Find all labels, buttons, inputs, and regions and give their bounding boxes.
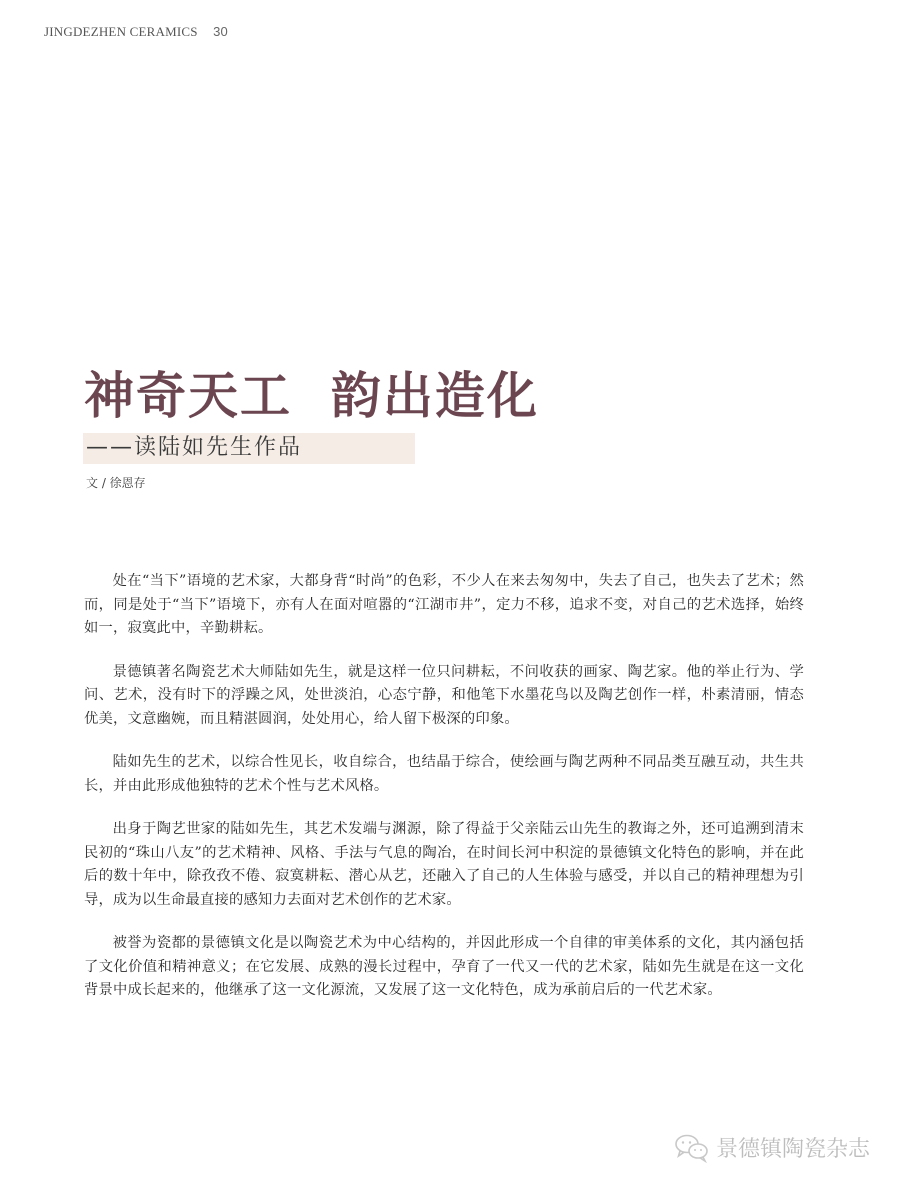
wechat-icon [674,1133,710,1163]
paragraph: 出身于陶艺世家的陆如先生，其艺术发端与渊源，除了得益于父亲陆云山先生的教诲之外，… [84,818,804,912]
page-number: 30 [213,24,228,39]
publication-name: JINGDEZHEN CERAMICS [44,24,198,39]
paragraph: 被誉为瓷都的景德镇文化是以陶瓷艺术为中心结构的，并因此形成一个自律的审美体系的文… [84,932,804,1003]
article-body: 处在“当下”语境的艺术家，大都身背“时尚”的色彩，不少人在来去匆匆中，失去了自己… [84,570,804,1023]
article-title: 神奇天工 韵出造化 [84,366,539,426]
paragraph: 景德镇著名陶瓷艺术大师陆如先生，就是这样一位只问耕耘，不问收获的画家、陶艺家。他… [84,661,804,732]
paragraph: 处在“当下”语境的艺术家，大都身背“时尚”的色彩，不少人在来去匆匆中，失去了自己… [84,570,804,641]
source-watermark: 景德镇陶瓷杂志 [674,1132,870,1163]
article-subtitle: ——读陆如先生作品 [86,434,302,462]
paragraph: 陆如先生的艺术，以综合性见长，收自综合，也结晶于综合，使绘画与陶艺两种不同品类互… [84,751,804,798]
running-header: JINGDEZHEN CERAMICS 30 [44,24,228,40]
article-byline: 文 / 徐恩存 [86,474,146,491]
watermark-text: 景德镇陶瓷杂志 [716,1132,870,1163]
